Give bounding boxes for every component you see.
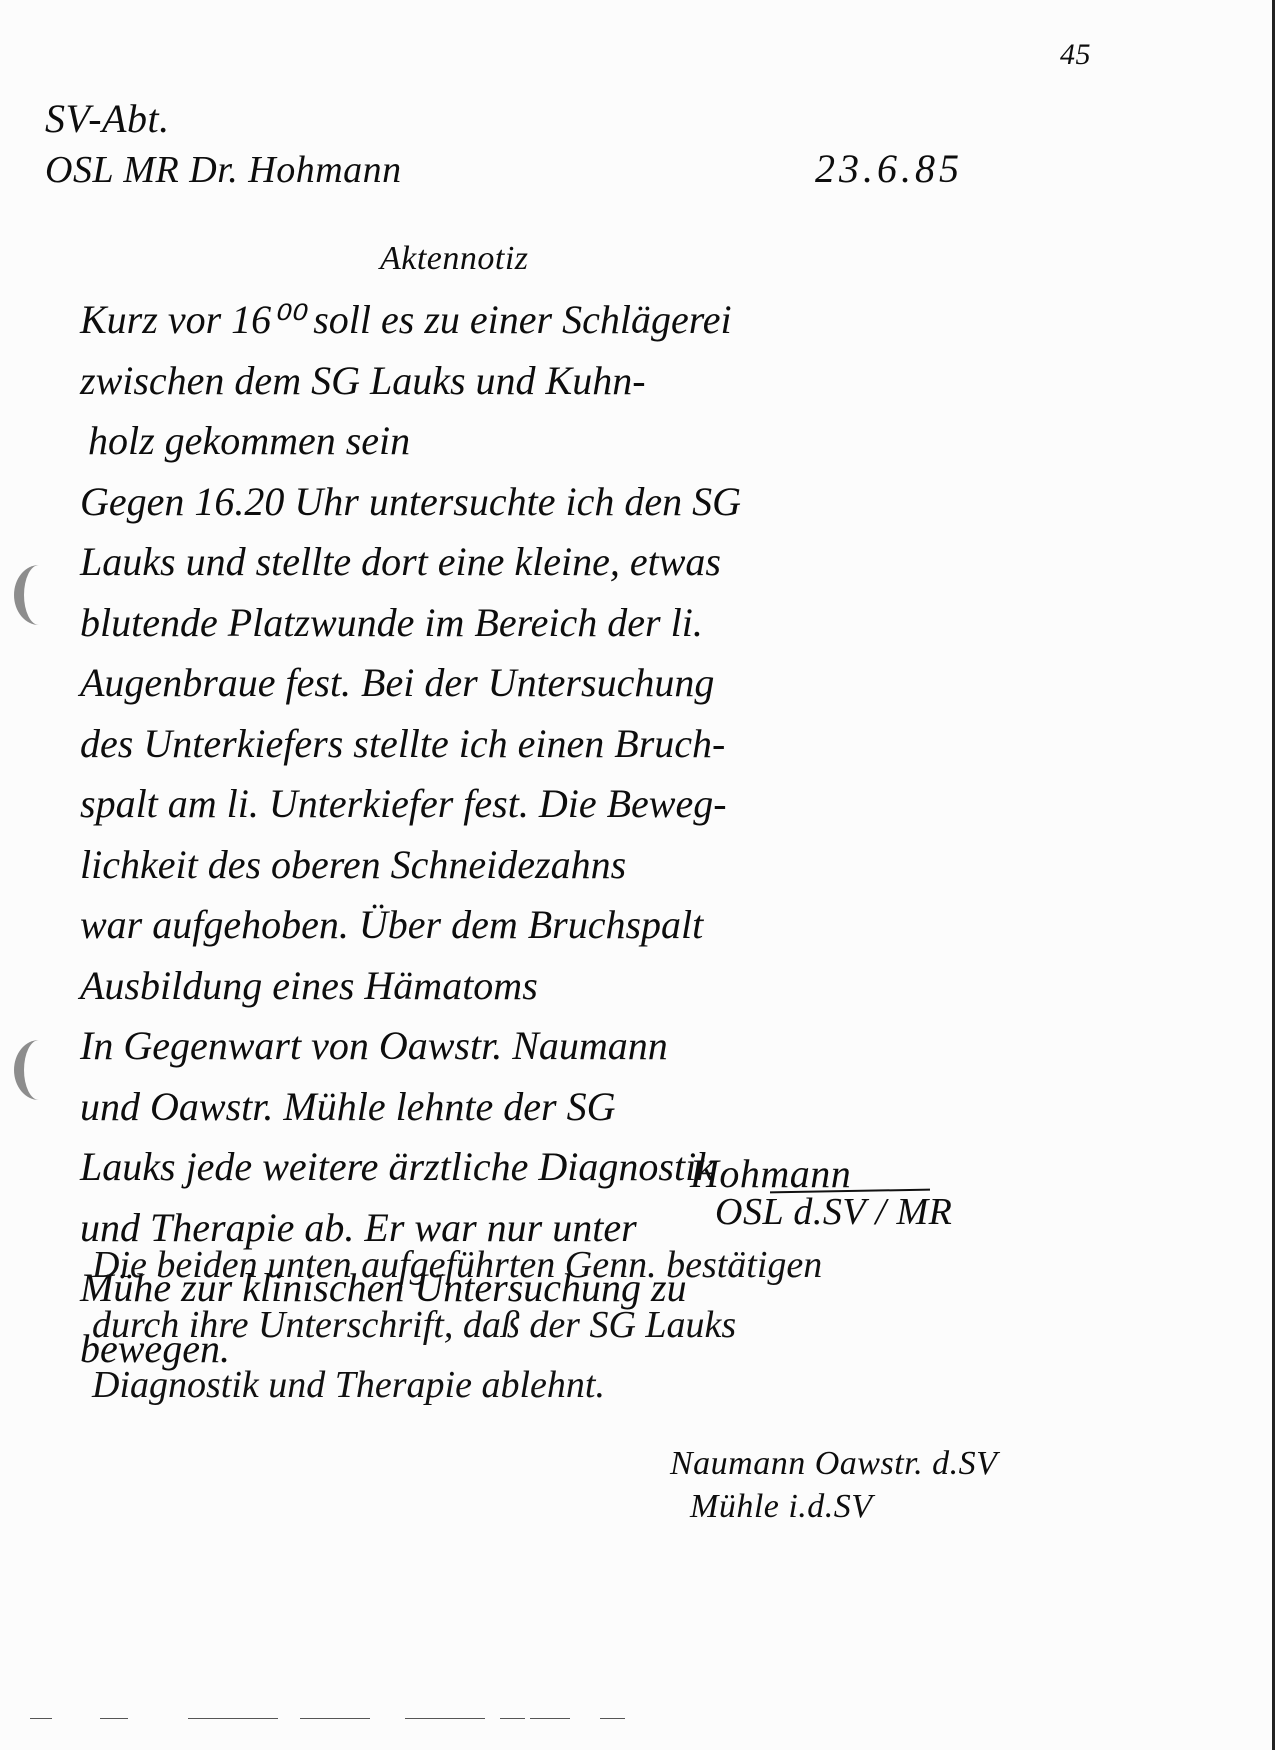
body-line: holz gekommen sein (88, 411, 741, 472)
body-line: zwischen dem SG Lauks und Kuhn- (80, 351, 741, 412)
body-line: war aufgehoben. Über dem Bruchspalt (80, 895, 741, 956)
note-body: Kurz vor 16⁰⁰ soll es zu einer Schlägere… (80, 290, 741, 1379)
body-line: Kurz vor 16⁰⁰ soll es zu einer Schlägere… (80, 290, 741, 351)
body-line: Lauks und stellte dort eine kleine, etwa… (80, 532, 741, 593)
body-line: des Unterkiefers stellte ich einen Bruch… (80, 714, 741, 775)
signature-title: OSL d.SV / MR (715, 1190, 952, 1234)
body-line: spalt am li. Unterkiefer fest. Die Beweg… (80, 774, 741, 835)
witness-signature: Naumann Oawstr. d.SV (670, 1445, 997, 1483)
header-department: SV-Abt. (45, 95, 170, 142)
punch-hole (14, 565, 64, 625)
confirmation-line: Die beiden unten aufgeführten Genn. best… (92, 1235, 822, 1295)
body-line: blutende Platzwunde im Bereich der li. (80, 593, 741, 654)
confirmation-line: Diagnostik und Therapie ablehnt. (92, 1355, 822, 1415)
header-author: OSL MR Dr. Hohmann (45, 148, 402, 192)
scanned-document-page: 45 SV-Abt. OSL MR Dr. Hohmann 23.6.85 Ak… (0, 0, 1275, 1750)
document-date: 23.6.85 (815, 145, 963, 192)
confirmation-line: durch ihre Unterschrift, daß der SG Lauk… (92, 1295, 822, 1355)
body-line: In Gegenwart von Oawstr. Naumann (80, 1016, 741, 1077)
body-line: lichkeit des oberen Schneidezahns (80, 835, 741, 896)
body-line: Ausbildung eines Hämatoms (80, 956, 741, 1017)
scan-footer-artifacts (0, 1718, 1275, 1724)
witness-signature: Mühle i.d.SV (690, 1488, 873, 1526)
document-title: Aktennotiz (380, 240, 529, 278)
punch-hole (14, 1040, 64, 1100)
confirmation-paragraph: Die beiden unten aufgeführten Genn. best… (92, 1235, 822, 1415)
page-number: 45 (1060, 38, 1091, 72)
body-line: Lauks jede weitere ärztliche Diagnostik (80, 1137, 741, 1198)
body-line: und Oawstr. Mühle lehnte der SG (80, 1077, 741, 1138)
body-line: Gegen 16.20 Uhr untersuchte ich den SG (80, 472, 741, 533)
body-line: Augenbraue fest. Bei der Untersuchung (80, 653, 741, 714)
